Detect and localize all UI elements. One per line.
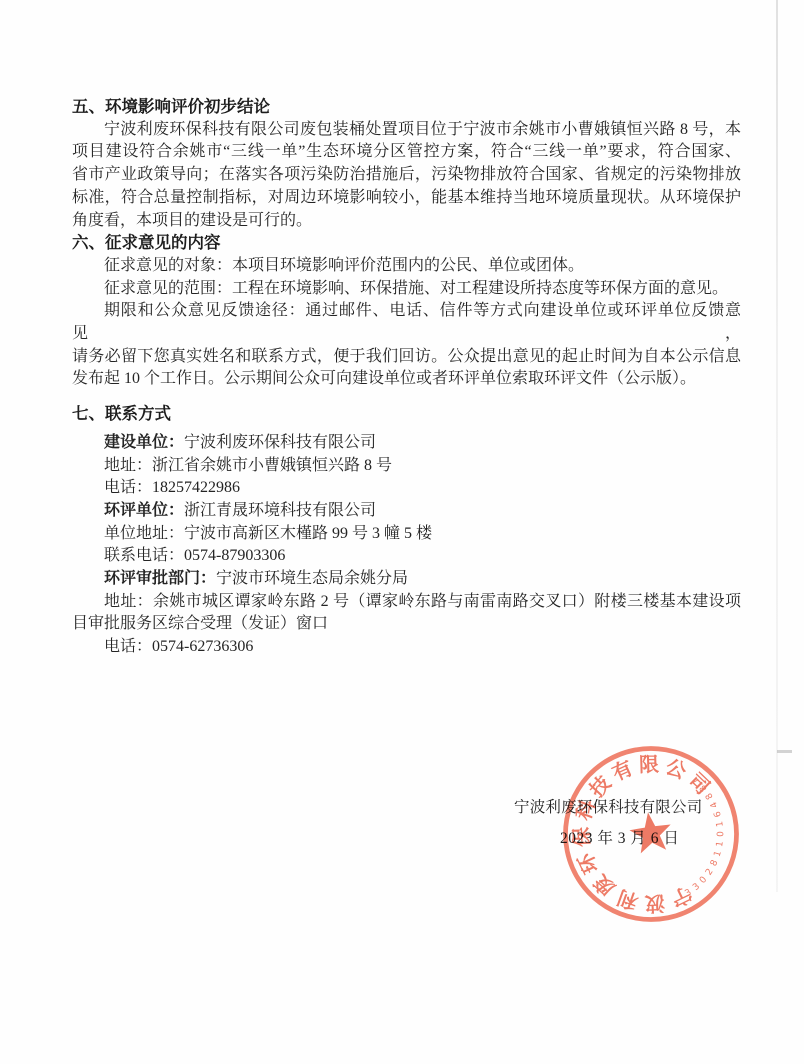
contact-label: 环评审批部门： [104, 570, 216, 587]
contact-line: 环评单位：浙江青晟环境科技有限公司 [72, 500, 741, 523]
scan-artifact-dash [777, 750, 792, 753]
text-line: 项目建设符合余姚市“三线一单”生态环境分区管控方案，符合“三线一单”要求，符合国… [72, 141, 741, 164]
contact-label: 地址： [104, 593, 153, 610]
text-line: 角度看，本项目的建设是可行的。 [72, 210, 741, 233]
contact-value: 宁波利废环保科技有限公司 [184, 434, 376, 451]
contact-line: 环评审批部门：宁波市环境生态局余姚分局 [72, 568, 741, 591]
contact-label: 联系电话： [104, 547, 184, 564]
contact-label: 建设单位： [104, 434, 184, 451]
contact-label: 单位地址： [104, 525, 184, 542]
contact-value: 0574-87903306 [184, 547, 285, 564]
contact-label: 地址： [104, 457, 152, 474]
text-line: 标准，符合总量控制指标，对周边环境影响较小，能基本维持当地环境质量现状。从环境保… [72, 187, 741, 210]
text-line: 征求意见的对象：本项目环境影响评价范围内的公民、单位或团体。 [72, 255, 741, 278]
contact-label: 电话： [104, 479, 152, 496]
section-6-heading: 六、征求意见的内容 [72, 232, 741, 255]
text-line: 省市产业政策导向；在落实各项污染防治措施后，污染物排放符合国家、省规定的污染物排… [72, 164, 741, 187]
svg-text:33028110164887: 33028110164887 [671, 774, 736, 904]
scan-artifact-line [776, 0, 778, 892]
contact-value: 余姚市城区谭家岭东路 2 号（谭家岭东路与南雷南路交叉口）附楼三楼基本建设项目审… [72, 593, 741, 633]
signature-company: 宁波利废环保科技有限公司 [514, 795, 702, 817]
contact-line: 电话：18257422986 [72, 477, 741, 500]
contact-line: 联系电话：0574-87903306 [72, 545, 741, 568]
section-7-heading: 七、联系方式 [72, 403, 741, 426]
section-5-heading: 五、环境影响评价初步结论 [72, 96, 741, 119]
text-line: 宁波利废环保科技有限公司废包装桶处置项目位于宁波市余姚市小曹娥镇恒兴路 8 号，… [72, 119, 741, 142]
contact-list: 建设单位：宁波利废环保科技有限公司地址：浙江省余姚市小曹娥镇恒兴路 8 号电话：… [72, 432, 741, 659]
contact-value: 浙江省余姚市小曹娥镇恒兴路 8 号 [152, 457, 392, 474]
section-6-paragraph-1: 征求意见的对象：本项目环境影响评价范围内的公民、单位或团体。 [72, 255, 741, 278]
scanned-page: 五、环境影响评价初步结论 宁波利废环保科技有限公司废包装桶处置项目位于宁波市余姚… [0, 0, 804, 1064]
contact-value: 18257422986 [152, 479, 240, 496]
section-6-paragraph-2: 征求意见的范围：工程在环境影响、环保措施、对工程建设所持态度等环保方面的意见。 [72, 278, 741, 301]
contact-label: 电话： [104, 638, 152, 655]
contact-value: 浙江青晟环境科技有限公司 [184, 502, 376, 519]
text-line: 发布起 10 个工作日。公示期间公众可向建设单位或者环评单位索取环评文件（公示版… [72, 368, 741, 391]
document-body: 五、环境影响评价初步结论 宁波利废环保科技有限公司废包装桶处置项目位于宁波市余姚… [72, 96, 741, 659]
text-line: 征求意见的范围：工程在环境影响、环保措施、对工程建设所持态度等环保方面的意见。 [72, 278, 741, 301]
contact-line: 单位地址：宁波市高新区木槿路 99 号 3 幢 5 楼 [72, 523, 741, 546]
contact-value: 宁波市高新区木槿路 99 号 3 幢 5 楼 [184, 525, 432, 542]
signature-date: 2023 年 3 月 6 日 [560, 826, 679, 848]
contact-line: 地址：浙江省余姚市小曹娥镇恒兴路 8 号 [72, 455, 741, 478]
contact-line: 电话：0574-62736306 [72, 636, 741, 659]
section-5-paragraph: 宁波利废环保科技有限公司废包装桶处置项目位于宁波市余姚市小曹娥镇恒兴路 8 号，… [72, 119, 741, 233]
contact-value: 宁波市环境生态局余姚分局 [216, 570, 408, 587]
text-line: 请务必留下您真实姓名和联系方式，便于我们回访。公众提出意见的起止时间为自本公示信… [72, 346, 741, 369]
contact-line: 建设单位：宁波利废环保科技有限公司 [72, 432, 741, 455]
contact-label: 环评单位： [104, 502, 184, 519]
section-6-paragraph-3: 期限和公众意见反馈途径：通过邮件、电话、信件等方式向建设单位或环评单位反馈意见，… [72, 300, 741, 391]
seal-code-text: 33028110164887 [671, 774, 736, 904]
contact-line: 地址：余姚市城区谭家岭东路 2 号（谭家岭东路与南雷南路交叉口）附楼三楼基本建设… [72, 591, 741, 636]
contact-value: 0574-62736306 [152, 638, 253, 655]
text-line: 期限和公众意见反馈途径：通过邮件、电话、信件等方式向建设单位或环评单位反馈意见， [72, 300, 741, 345]
